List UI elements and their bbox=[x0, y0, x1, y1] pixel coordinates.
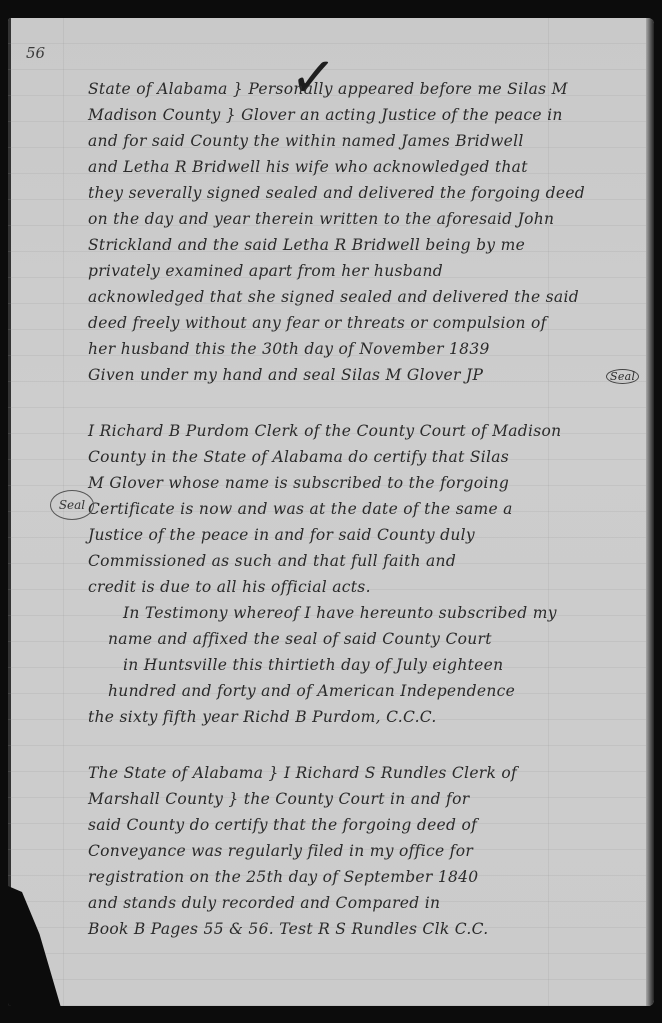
checkmark-icon: ✓ bbox=[288, 46, 339, 111]
text-line: privately examined apart from her husban… bbox=[88, 262, 443, 280]
text-line: M Glover whose name is subscribed to the… bbox=[88, 474, 509, 492]
text-line: State of Alabama } Personally appeared b… bbox=[88, 80, 568, 98]
text-line: and Letha R Bridwell his wife who acknow… bbox=[88, 158, 528, 176]
text-line: deed freely without any fear or threats … bbox=[88, 314, 547, 332]
text-line: The State of Alabama } I Richard S Rundl… bbox=[88, 764, 517, 782]
text-line: the sixty fifth year Richd B Purdom, C.C… bbox=[88, 708, 437, 726]
text-line: acknowledged that she signed sealed and … bbox=[88, 288, 579, 306]
text-line: Given under my hand and seal Silas M Glo… bbox=[88, 366, 483, 384]
text-line: and for said County the within named Jam… bbox=[88, 132, 524, 150]
page-binding-edge bbox=[646, 18, 654, 1006]
text-line: name and affixed the seal of said County… bbox=[108, 630, 492, 648]
seal-mark: Seal bbox=[50, 490, 94, 520]
text-line: Certificate is now and was at the date o… bbox=[88, 500, 513, 518]
text-line: County in the State of Alabama do certif… bbox=[88, 448, 509, 466]
page-number: 56 bbox=[26, 44, 45, 62]
text-line: Commissioned as such and that full faith… bbox=[88, 552, 456, 570]
text-line: registration on the 25th day of Septembe… bbox=[88, 868, 478, 886]
text-line: and stands duly recorded and Compared in bbox=[88, 894, 440, 912]
text-line: I Richard B Purdom Clerk of the County C… bbox=[88, 422, 561, 440]
text-line: Conveyance was regularly filed in my off… bbox=[88, 842, 473, 860]
signature-seal: Seal bbox=[606, 369, 639, 384]
text-line: credit is due to all his official acts. bbox=[88, 578, 371, 596]
text-line: Justice of the peace in and for said Cou… bbox=[88, 526, 475, 544]
text-line: in Huntsville this thirtieth day of July… bbox=[123, 656, 503, 674]
text-line: In Testimony whereof I have hereunto sub… bbox=[123, 604, 557, 622]
text-line: Madison County } Glover an acting Justic… bbox=[88, 106, 563, 124]
text-line: on the day and year therein written to t… bbox=[88, 210, 554, 228]
text-line: Strickland and the said Letha R Bridwell… bbox=[88, 236, 525, 254]
text-line: Marshall County } the County Court in an… bbox=[88, 790, 469, 808]
column-rule bbox=[548, 18, 549, 1006]
text-line: they severally signed sealed and deliver… bbox=[88, 184, 585, 202]
text-line: Book B Pages 55 & 56. Test R S Rundles C… bbox=[88, 920, 488, 938]
text-line: her husband this the 30th day of Novembe… bbox=[88, 340, 490, 358]
text-line: said County do certify that the forgoing… bbox=[88, 816, 477, 834]
ledger-page: 56 ✓ State of Alabama } Personally appea… bbox=[8, 18, 654, 1006]
text-line: hundred and forty and of American Indepe… bbox=[108, 682, 515, 700]
